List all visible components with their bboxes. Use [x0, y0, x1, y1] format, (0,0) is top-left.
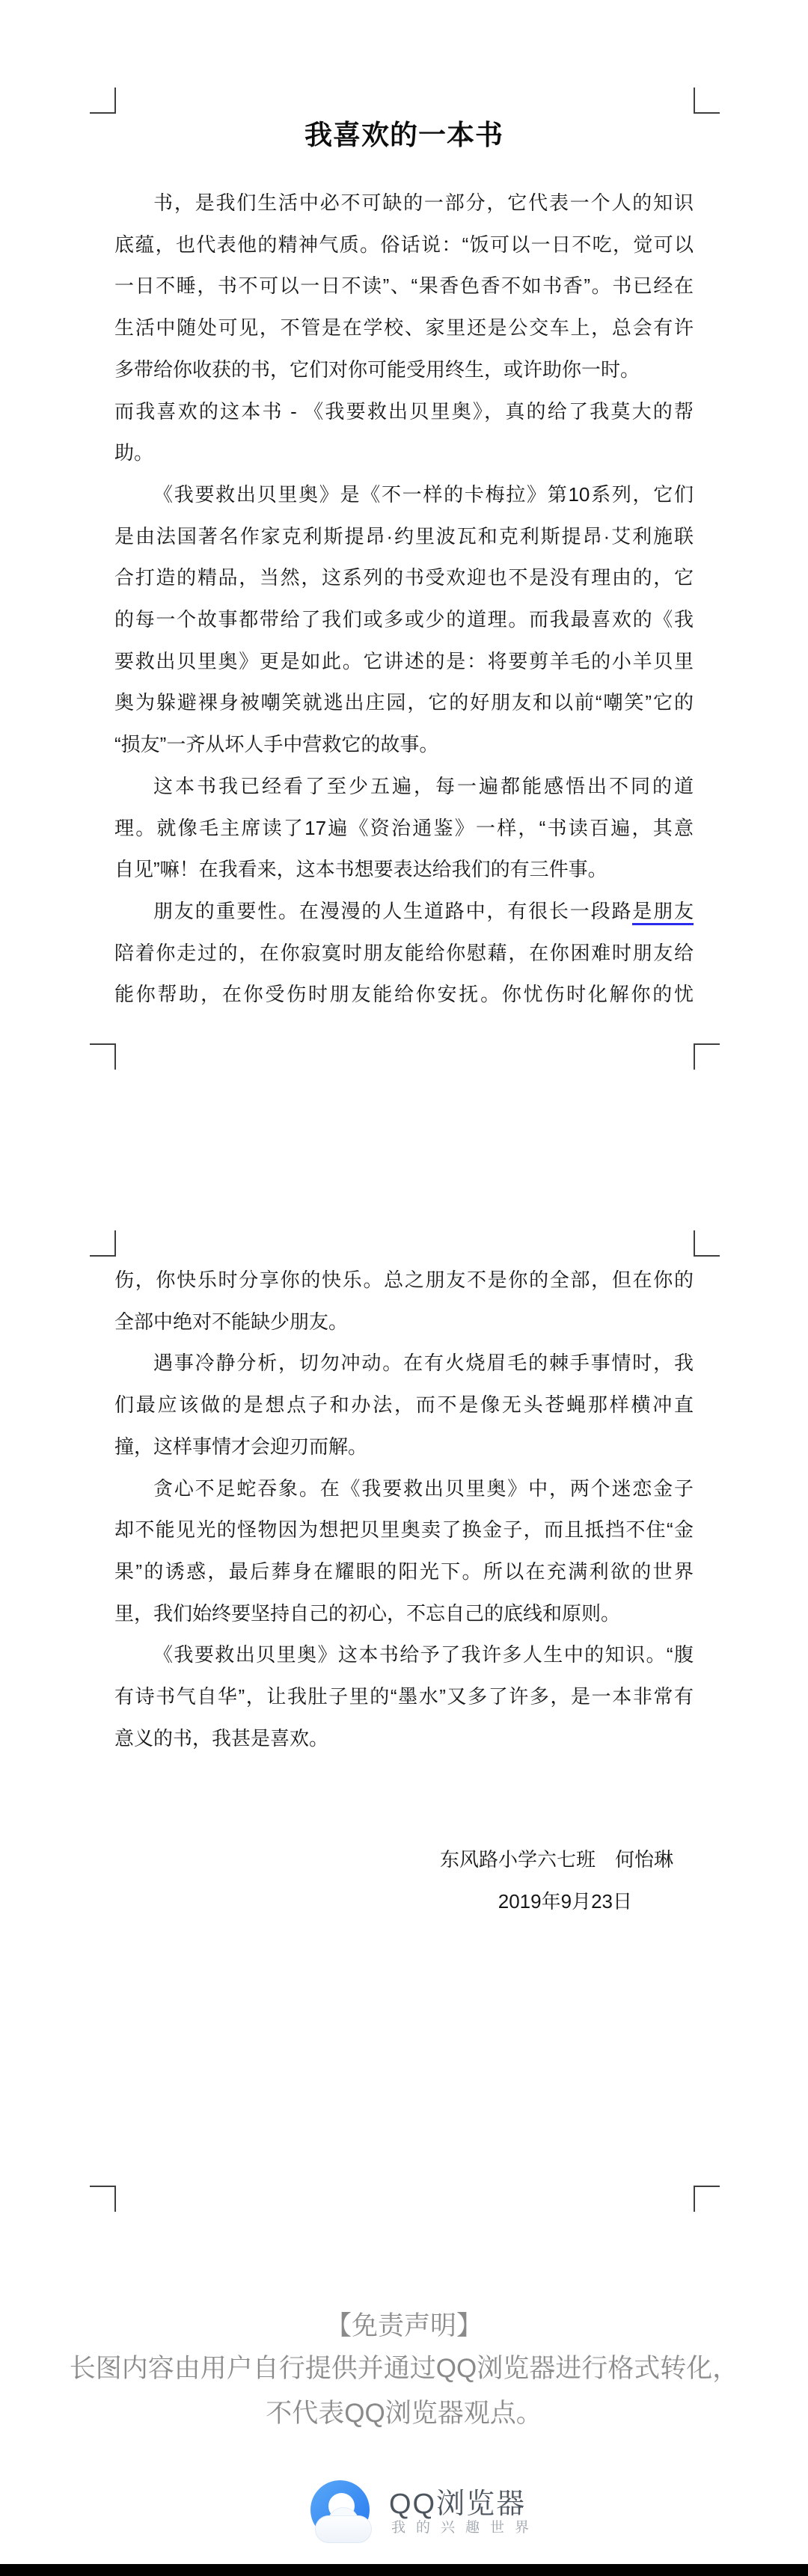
- essay-date: 2019年9月23日: [498, 1881, 632, 1923]
- text-line: 遇事冷静分析，切勿冲动。在有火烧眉毛的棘手事情时，我: [114, 1343, 694, 1384]
- text-line: 要救出贝里奥》更是如此。它讲述的是：将要剪羊毛的小羊贝里: [114, 641, 694, 683]
- text-line: 却不能见光的怪物因为想把贝里奥卖了换金子，而且抵挡不住“金: [114, 1509, 694, 1551]
- text-line: 多带给你收获的书，它们对你可能受用终生，或许助你一时。: [114, 349, 694, 391]
- text-line: 们最应该做的是想点子和办法，而不是像无头苍蝇那样横冲直: [114, 1384, 694, 1426]
- text-line: 书，是我们生活中必不可缺的一部分，它代表一个人的知识: [114, 183, 694, 224]
- brand-slogan: 我的兴趣世界: [391, 2519, 539, 2537]
- text-line: 合打造的精品，当然，这系列的书受欢迎也不是没有理由的，它: [114, 557, 694, 599]
- text-line: 助。: [114, 432, 694, 474]
- text-line: 这本书我已经看了至少五遍，每一遍都能感悟出不同的道: [114, 766, 694, 808]
- crop-mark-bottom-left-icon: [90, 2186, 116, 2212]
- disclaimer-line-2: 不代表QQ浏览器观点。: [0, 2396, 808, 2431]
- essay-body-page-2: 伤，你快乐时分享你的快乐。总之朋友不是你的全部，但在你的全部中绝对不能缺少朋友。…: [114, 1260, 694, 1759]
- crop-mark-bottom-right-icon: [694, 2186, 720, 2212]
- text-line: 陪着你走过的，在你寂寞时朋友能给你慰藉，在你困难时朋友给: [114, 933, 694, 975]
- text-line: 朋友的重要性。在漫漫的人生道路中，有很长一段路是朋友: [114, 891, 694, 933]
- bottom-black-bar: [0, 2564, 808, 2576]
- text-line: 《我要救出贝里奥》是《不一样的卡梅拉》第10系列，它们: [114, 474, 694, 516]
- disclaimer-line-1: 长图内容由用户自行提供并通过QQ浏览器进行格式转化，: [0, 2352, 808, 2386]
- text-line: 意义的书，我甚是喜欢。: [114, 1718, 694, 1760]
- author-signature: 东风路小学六七班 何怡琳: [440, 1839, 673, 1881]
- crop-mark-bottom-left-icon: [90, 1043, 116, 1070]
- text-line: 生活中随处可见，不管是在学校、家里还是公交车上，总会有许: [114, 307, 694, 349]
- text-line: “损友”一齐从坏人手中营救它的故事。: [114, 724, 694, 766]
- essay-title: 我喜欢的一本书: [0, 117, 808, 154]
- text-line: 贪心不足蛇吞象。在《我要救出贝里奥》中，两个迷恋金子: [114, 1468, 694, 1510]
- text-line: 而我喜欢的这本书 - 《我要救出贝里奥》，真的给了我莫大的帮: [114, 391, 694, 433]
- text-line: 一日不睡，书不可以一日不读”、“果香色香不如书香”。书已经在: [114, 266, 694, 307]
- essay-body-page-1: 书，是我们生活中必不可缺的一部分，它代表一个人的知识底蕴，也代表他的精神气质。俗…: [114, 183, 694, 1016]
- text-line: 撞，这样事情才会迎刃而解。: [114, 1426, 694, 1468]
- text-line: 里，我们始终要坚持自己的初心，不忘自己的底线和原则。: [114, 1593, 694, 1635]
- text-line: 伤，你快乐时分享你的快乐。总之朋友不是你的全部，但在你的: [114, 1260, 694, 1301]
- text-line: 能你帮助，在你受伤时朋友能给你安抚。你忧伤时化解你的忧: [114, 974, 694, 1016]
- long-screenshot-document: { "doc": { "title": "我喜欢的一本书", "pages": …: [0, 0, 808, 2576]
- text-line: 全部中绝对不能缺少朋友。: [114, 1301, 694, 1343]
- text-line: 理。就像毛主席读了17遍《资治通鉴》一样，“书读百遍，其意: [114, 808, 694, 850]
- disclaimer-title: 【免责声明】: [0, 2309, 808, 2343]
- crop-mark-top-right-icon: [694, 1230, 720, 1257]
- text-line: 奥为躲避裸身被嘲笑就逃出庄园，它的好朋友和以前“嘲笑”它的: [114, 682, 694, 724]
- text-line: 的每一个故事都带给了我们或多或少的道理。而我最喜欢的《我: [114, 599, 694, 641]
- crop-mark-bottom-right-icon: [694, 1043, 720, 1070]
- text-line: 是由法国著名作家克利斯提昂·约里波瓦和克利斯提昂·艾利施联: [114, 516, 694, 558]
- text-line: 底蕴，也代表他的精神气质。俗话说：“饭可以一日不吃，觉可以: [114, 224, 694, 266]
- crop-mark-top-right-icon: [694, 88, 720, 114]
- text-line: 果”的诱惑，最后葬身在耀眼的阳光下。所以在充满利欲的世界: [114, 1551, 694, 1593]
- text-line: 有诗书气自华”，让我肚子里的“墨水”又多了许多，是一本非常有: [114, 1676, 694, 1718]
- text-line: 《我要救出贝里奥》这本书给予了我许多人生中的知识。“腹: [114, 1634, 694, 1676]
- crop-mark-top-left-icon: [90, 88, 116, 114]
- brand-name: QQ浏览器: [389, 2488, 526, 2521]
- underlined-phrase: 是朋友: [632, 900, 694, 925]
- cloud-icon: [315, 2515, 372, 2543]
- crop-mark-top-left-icon: [90, 1230, 116, 1257]
- text-line: 自见”嘛！在我看来，这本书想要表达给我们的有三件事。: [114, 849, 694, 891]
